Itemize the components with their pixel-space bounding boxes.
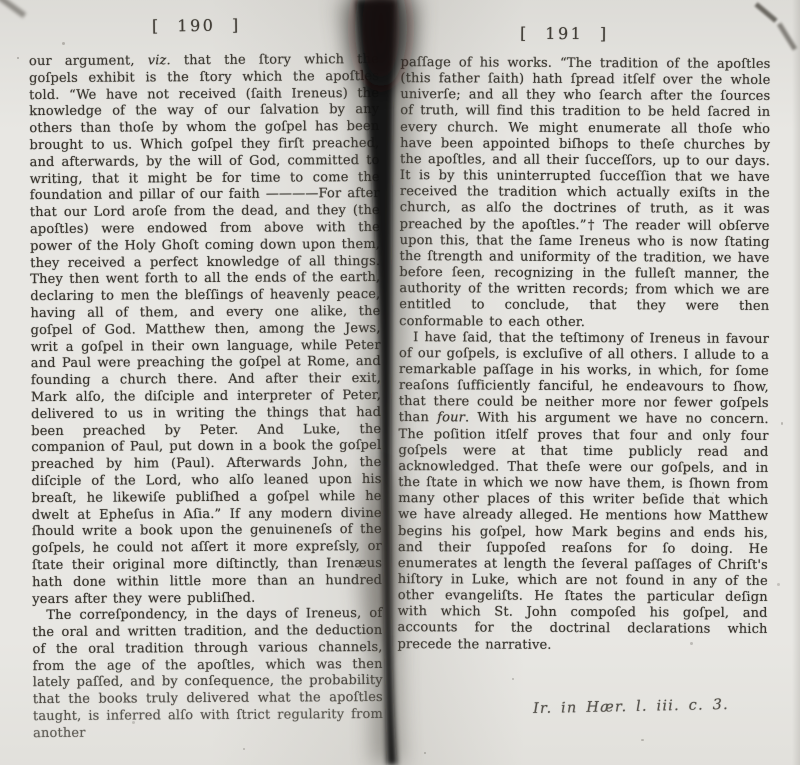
paragraph: I have ſaid, that the teſtimony of Irene…	[397, 330, 769, 655]
text-run: our argument,	[29, 53, 148, 69]
paper-speck	[777, 583, 780, 586]
paper-speck	[243, 748, 245, 750]
paper-speck	[512, 678, 514, 680]
page-191-text-column: paſſage of his works. “The tradition of …	[397, 55, 770, 655]
paragraph: The correſpondency, in the days of Irene…	[32, 606, 383, 743]
paper-speck	[62, 42, 65, 45]
paragraph: our argument, viz. that the ſtory which …	[29, 52, 382, 608]
text-run-italic: viz.	[148, 53, 171, 68]
scan-artifact-mark	[754, 2, 777, 23]
paper-speck	[17, 57, 19, 59]
text-run: that the ſtory which the goſpels exhibit…	[29, 52, 382, 607]
text-run: . With his argument we have no concern. …	[397, 411, 768, 653]
footnote-citation: Ir. in Hær. l. iii. c. 3.	[533, 697, 729, 717]
book-scan: [ 190 ] our argument, viz. that the ſtor…	[0, 0, 800, 765]
page-190-text-column: our argument, viz. that the ſtory which …	[29, 52, 383, 743]
scan-artifact-mark	[777, 22, 797, 50]
paper-speck	[424, 752, 426, 754]
paper-speck	[641, 739, 644, 741]
paper-edge-right	[792, 0, 800, 765]
page-number-right: [ 191 ]	[520, 24, 609, 44]
scan-artifact-mark	[0, 0, 26, 18]
paragraph: paſſage of his works. “The tradition of …	[399, 55, 770, 332]
paper-speck	[781, 422, 783, 425]
text-run-italic: four	[437, 411, 465, 426]
page-number-left: [ 190 ]	[152, 16, 241, 36]
